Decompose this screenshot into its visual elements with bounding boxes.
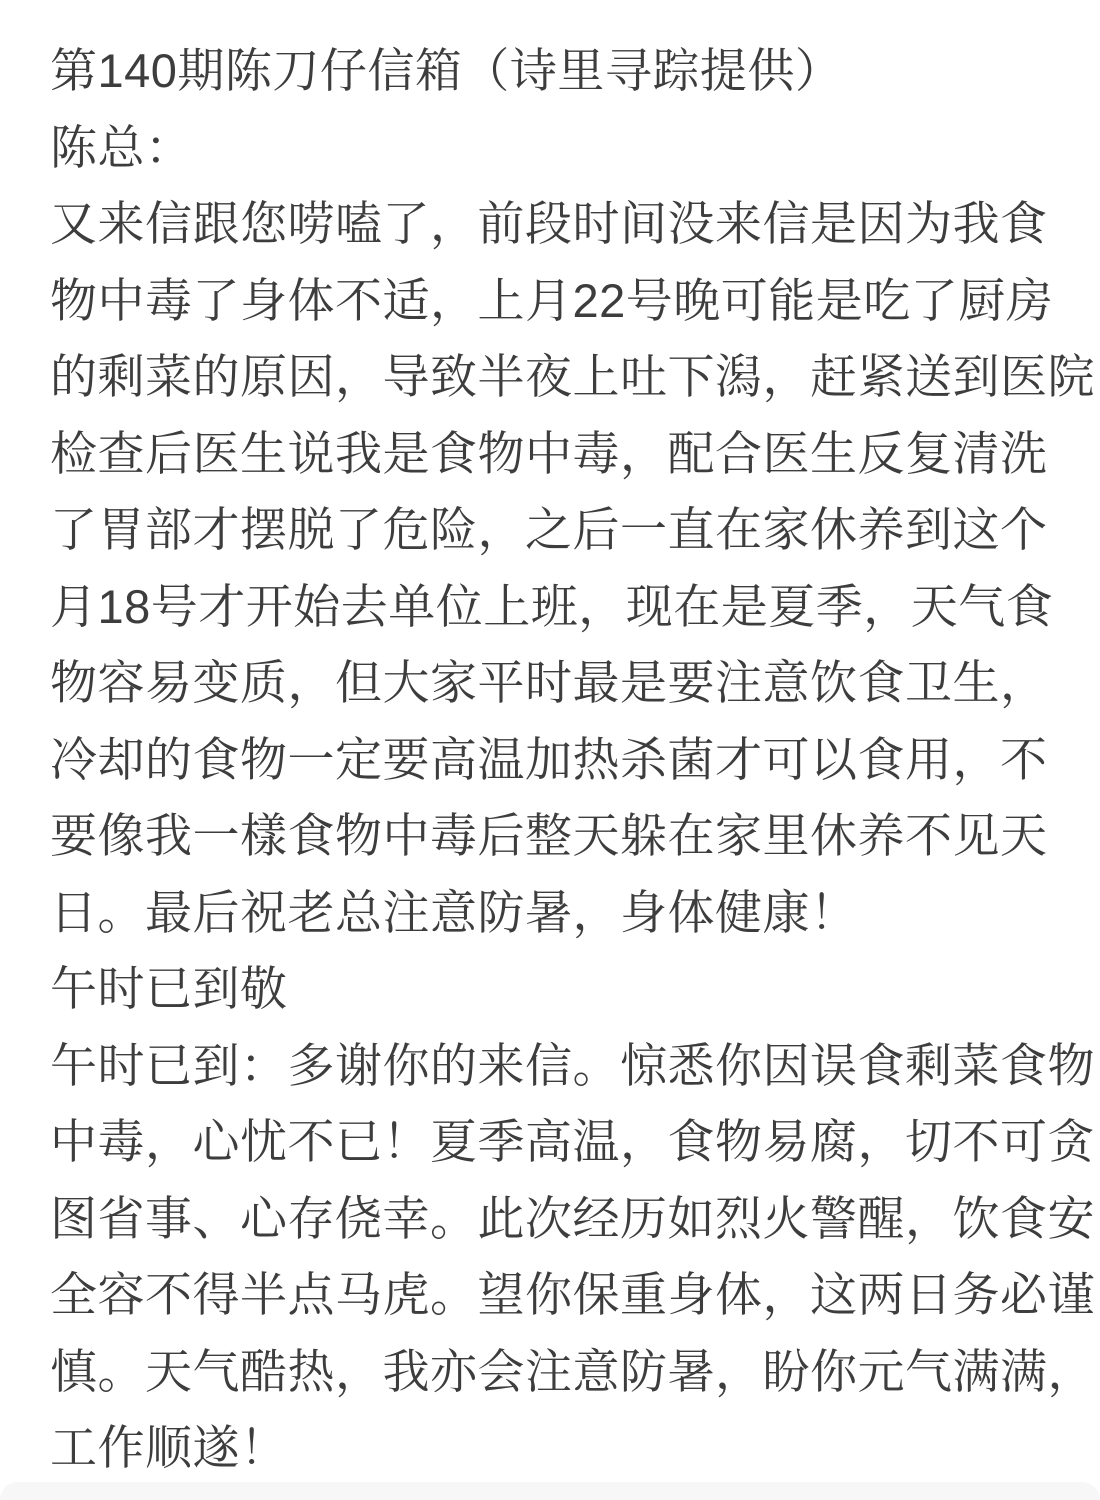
reply-line: 全容不得半点马虎。望你保重身体，这两日务必谨	[50, 1257, 1070, 1334]
article-line: 冷却的食物一定要高温加热杀菌才可以食用，不	[50, 722, 1070, 799]
reply-line: 中毒，心忧不已！夏季高温，食物易腐，切不可贪	[50, 1104, 1070, 1181]
reply-line: 工作顺遂！	[50, 1410, 1070, 1487]
article-line: 的剩菜的原因，导致半夜上吐下潟，赶紧送到医院	[50, 339, 1070, 416]
article-body: 第140期陈刀仔信箱（诗里寻踪提供） 陈总： 又来信跟您唠嗑了，前段时间没来信是…	[0, 0, 1100, 1487]
article-line: 物中毒了身体不适，上月22号晚可能是吃了厨房	[50, 263, 1070, 340]
article-line: 要像我一樣食物中毒后整天躲在家里休养不见天	[50, 798, 1070, 875]
signature-line: 午时已到敬	[50, 951, 1070, 1028]
article-line: 日。最后祝老总注意防暑，身体健康！	[50, 875, 1070, 952]
article-line: 物容易变质，但大家平时最是要注意饮食卫生，	[50, 645, 1070, 722]
bottom-card	[0, 1482, 1100, 1500]
article-line: 检查后医生说我是食物中毒，配合医生反复清洗	[50, 416, 1070, 493]
salutation-line: 陈总：	[50, 110, 1070, 187]
article-line: 了胃部才摆脱了危险，之后一直在家休养到这个	[50, 492, 1070, 569]
reply-line: 图省事、心存侥幸。此次经历如烈火警醒，饮食安	[50, 1181, 1070, 1258]
reply-line: 午时已到：多谢你的来信。惊悉你因误食剩菜食物	[50, 1028, 1070, 1105]
article-line: 又来信跟您唠嗑了，前段时间没来信是因为我食	[50, 186, 1070, 263]
article-title: 第140期陈刀仔信箱（诗里寻踪提供）	[50, 33, 1070, 110]
reply-line: 慎。天气酷热，我亦会注意防暑，盼你元气满满，	[50, 1334, 1070, 1411]
article-line: 月18号才开始去单位上班，现在是夏季，天气食	[50, 569, 1070, 646]
